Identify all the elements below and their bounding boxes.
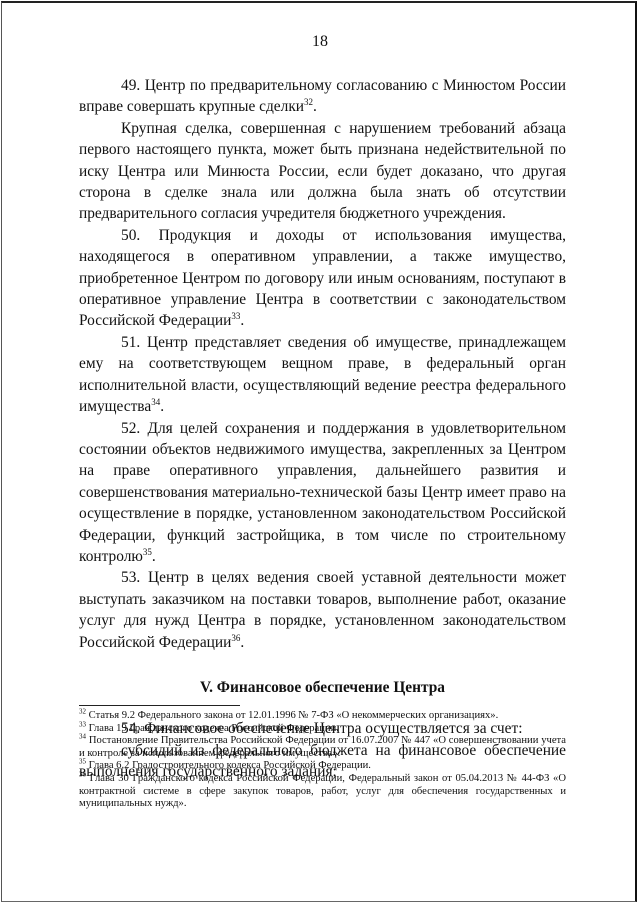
footnote-text: Глава 30 Гражданского кодекса Российской…: [79, 773, 566, 809]
paragraph-50: 50. Продукция и доходы от использования …: [79, 225, 566, 332]
paragraph-tail: .: [152, 548, 156, 565]
paragraph-text: 49. Центр по предварительному согласован…: [79, 77, 566, 115]
paragraph-tail: .: [240, 312, 244, 329]
footnote-text: Постановление Правительства Российской Ф…: [79, 735, 566, 759]
footnote-34: 34 Постановление Правительства Российско…: [79, 735, 566, 760]
footnote-number: 33: [79, 720, 86, 728]
footnote-35: 35 Глава 6.2 Градостроительного кодекса …: [79, 760, 566, 773]
footnote-text: Глава 6.2 Градостроительного кодекса Рос…: [89, 760, 371, 771]
paragraph-text: 50. Продукция и доходы от использования …: [79, 227, 566, 330]
paragraph-49-continuation: Крупная сделка, совершенная с нарушением…: [79, 118, 566, 225]
paragraph-53: 53. Центр в целях ведения своей уставной…: [79, 567, 566, 653]
paragraph-tail: .: [160, 398, 164, 415]
footnote-text: Статья 9.2 Федерального закона от 12.01.…: [89, 710, 499, 721]
footnote-ref[interactable]: 32: [304, 97, 313, 107]
footnote-number: 35: [79, 758, 86, 766]
page-number: 18: [0, 32, 640, 52]
footnote-36: 36 Глава 30 Гражданского кодекса Российс…: [79, 773, 566, 811]
footnote-33: 33 Глава 19 Гражданского кодекса Российс…: [79, 723, 566, 736]
footnote-separator: [79, 705, 240, 706]
paragraph-text: 52. Для целей сохранения и поддержания в…: [79, 420, 566, 565]
footnote-number: 34: [79, 733, 86, 741]
footnote-32: 32 Статья 9.2 Федерального закона от 12.…: [79, 710, 566, 723]
footnote-ref[interactable]: 35: [143, 547, 152, 557]
section-heading: V. Финансовое обеспечение Центра: [79, 677, 566, 698]
paragraph-tail: .: [313, 98, 317, 115]
paragraph-text: Крупная сделка, совершенная с нарушением…: [79, 120, 566, 223]
paragraph-text: 53. Центр в целях ведения своей уставной…: [79, 569, 566, 650]
paragraph-52: 52. Для целей сохранения и поддержания в…: [79, 418, 566, 568]
footnote-number: 32: [79, 707, 86, 715]
paragraph-51: 51. Центр представляет сведения об имуще…: [79, 332, 566, 418]
paragraph-tail: .: [240, 634, 244, 651]
footnote-text: Глава 19 Гражданского кодекса Российской…: [89, 723, 339, 734]
footnote-ref[interactable]: 34: [151, 397, 160, 407]
footnotes: 32 Статья 9.2 Федерального закона от 12.…: [79, 710, 566, 811]
paragraph-49: 49. Центр по предварительному согласован…: [79, 75, 566, 118]
footnote-number: 36: [79, 770, 86, 778]
document-body: 49. Центр по предварительному согласован…: [79, 75, 566, 783]
